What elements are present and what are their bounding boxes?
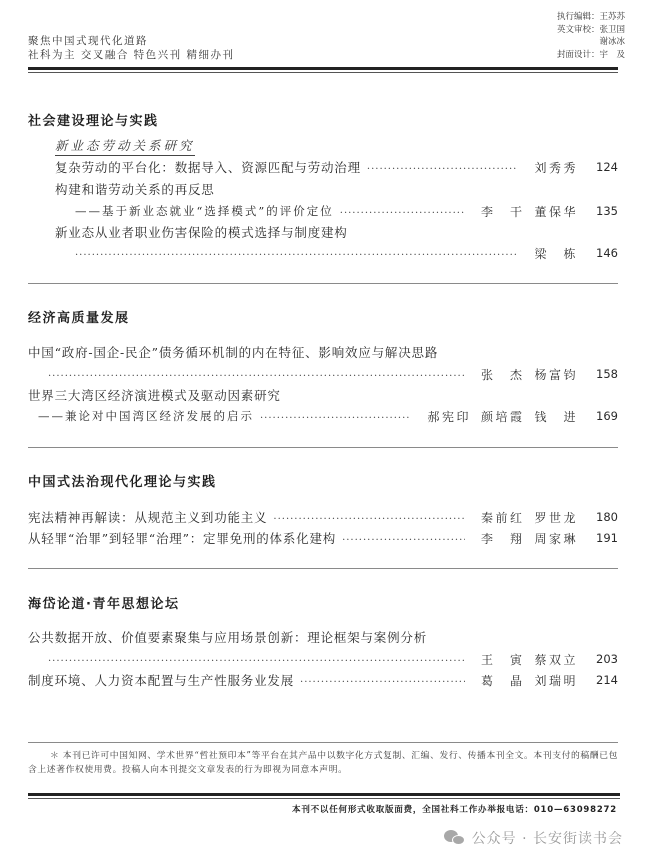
toc-entry[interactable]: 新业态从业者职业伤害保险的模式选择与制度建构 [55, 223, 618, 241]
entry-subtitle: ——基于新业态就业“选择模式”的评价定位 [75, 203, 334, 219]
entry-title: 公共数据开放、价值要素聚集与应用场景创新：理论框架与案例分析 [28, 628, 427, 646]
entry-page: 169 [592, 409, 618, 423]
toc-entry-subtitle[interactable]: ——基于新业态就业“选择模式”的评价定位 李 干董保华 135 [75, 202, 618, 220]
toc-entry[interactable]: 制度环境、人力资本配置与生产性服务业发展 葛 晶刘瑞明 214 [28, 671, 618, 689]
entry-page: 135 [592, 204, 618, 218]
entry-authors: 梁 栋 [524, 245, 578, 262]
entry-title: 从轻罪“治罪”到轻罪“治理”：定罪免刑的体系化建构 [28, 529, 336, 547]
section-divider [28, 568, 618, 569]
leader-dots [260, 409, 411, 423]
entry-title: 世界三大湾区经济演进模式及驱动因素研究 [28, 386, 281, 404]
leader-dots [48, 652, 465, 666]
section-title-youth-forum: 海岱论道·青年思想论坛 [28, 593, 179, 612]
credit-cover-design: 封面设计：宇 及 [557, 49, 625, 62]
entry-page: 214 [592, 673, 618, 687]
wechat-icon [444, 830, 466, 846]
toc-entry-leader[interactable]: 梁 栋 146 [75, 244, 618, 262]
toc-entry-leader[interactable]: 王 寅蔡双立 203 [48, 650, 618, 668]
entry-authors: 李 干董保华 [471, 203, 578, 220]
entry-title: 中国“政府-国企-民企”债务循环机制的内在特征、影响效应与解决思路 [28, 343, 438, 361]
entry-authors: 郝宪印颜培霞钱 进 [417, 408, 578, 425]
entry-page: 180 [592, 510, 618, 524]
toc-entry[interactable]: 构建和谐劳动关系的再反思 [55, 180, 618, 198]
entry-authors: 张 杰杨富钧 [471, 366, 578, 383]
entry-page: 203 [592, 652, 618, 666]
leader-dots [300, 673, 465, 687]
section-divider [28, 447, 618, 448]
leader-dots [273, 510, 465, 524]
footer-statement: 本刊不以任何形式收取版面费，全国社科工作办举报电话：010—63098272 [292, 803, 617, 815]
toc-entry[interactable]: 复杂劳动的平台化：数据导入、资源匹配与劳动治理 刘秀秀 124 [55, 158, 618, 176]
section-title-economy: 经济高质量发展 [28, 307, 130, 326]
toc-entry-subtitle[interactable]: ——兼论对中国湾区经济发展的启示 郝宪印颜培霞钱 进 169 [38, 407, 618, 425]
leader-dots [48, 367, 465, 381]
entry-authors: 王 寅蔡双立 [471, 651, 578, 668]
entry-authors: 李 翔周家琳 [471, 530, 578, 547]
toc-entry[interactable]: 公共数据开放、价值要素聚集与应用场景创新：理论框架与案例分析 [28, 628, 618, 646]
credit-english-proofreader-2: 谢冰冰 [557, 36, 625, 49]
entry-title: 制度环境、人力资本配置与生产性服务业发展 [28, 671, 294, 689]
section-title-rule-of-law: 中国式法治现代化理论与实践 [28, 471, 217, 490]
slogan-line-1: 聚焦中国式现代化道路 [28, 34, 235, 48]
toc-entry[interactable]: 宪法精神再解读：从规范主义到功能主义 秦前红罗世龙 180 [28, 508, 618, 526]
footer-rule [28, 793, 620, 799]
toc-entry-leader[interactable]: 张 杰杨富钧 158 [48, 365, 618, 383]
watermark: 公众号 · 长安街读书会 [444, 828, 623, 848]
leader-dots [367, 160, 519, 174]
entry-page: 191 [592, 531, 618, 545]
credit-executive-editor: 执行编辑：王苏苏 [557, 11, 625, 24]
entry-page: 124 [592, 160, 618, 174]
watermark-text: 公众号 · 长安街读书会 [472, 828, 623, 848]
entry-page: 146 [592, 246, 618, 260]
leader-dots [340, 204, 465, 218]
copyright-notice: ＊ 本刊已许可中国知网、学术世界“哲社预印本”等平台在其产品中以数字化方式复制、… [28, 749, 620, 777]
entry-title: 宪法精神再解读：从规范主义到功能主义 [28, 508, 267, 526]
sub-heading-new-labor: 新业态劳动关系研究 [55, 136, 195, 156]
notice-divider [28, 742, 618, 743]
credit-english-proofreader: 英文审校：张卫国 [557, 24, 625, 37]
entry-title: 构建和谐劳动关系的再反思 [55, 180, 215, 198]
toc-entry[interactable]: 世界三大湾区经济演进模式及驱动因素研究 [28, 386, 618, 404]
entry-title: 新业态从业者职业伤害保险的模式选择与制度建构 [55, 223, 348, 241]
entry-authors: 葛 晶刘瑞明 [471, 672, 578, 689]
editorial-credits: 执行编辑：王苏苏 英文审校：张卫国 谢冰冰 封面设计：宇 及 [557, 11, 625, 61]
toc-entry[interactable]: 从轻罪“治罪”到轻罪“治理”：定罪免刑的体系化建构 李 翔周家琳 191 [28, 529, 618, 547]
header-rule [28, 67, 618, 73]
entry-subtitle: ——兼论对中国湾区经济发展的启示 [38, 408, 254, 424]
journal-slogan: 聚焦中国式现代化道路 社科为主 交叉融合 特色兴刊 精细办刊 [28, 34, 235, 62]
toc-entry[interactable]: 中国“政府-国企-民企”债务循环机制的内在特征、影响效应与解决思路 [28, 343, 618, 361]
section-divider [28, 283, 618, 284]
leader-dots [75, 246, 518, 260]
entry-authors: 秦前红罗世龙 [471, 509, 578, 526]
leader-dots [342, 531, 465, 545]
entry-authors: 刘秀秀 [524, 159, 578, 176]
section-title-social-construction: 社会建设理论与实践 [28, 110, 159, 129]
slogan-line-2: 社科为主 交叉融合 特色兴刊 精细办刊 [28, 48, 235, 62]
entry-title: 复杂劳动的平台化：数据导入、资源匹配与劳动治理 [55, 158, 361, 176]
entry-page: 158 [592, 367, 618, 381]
